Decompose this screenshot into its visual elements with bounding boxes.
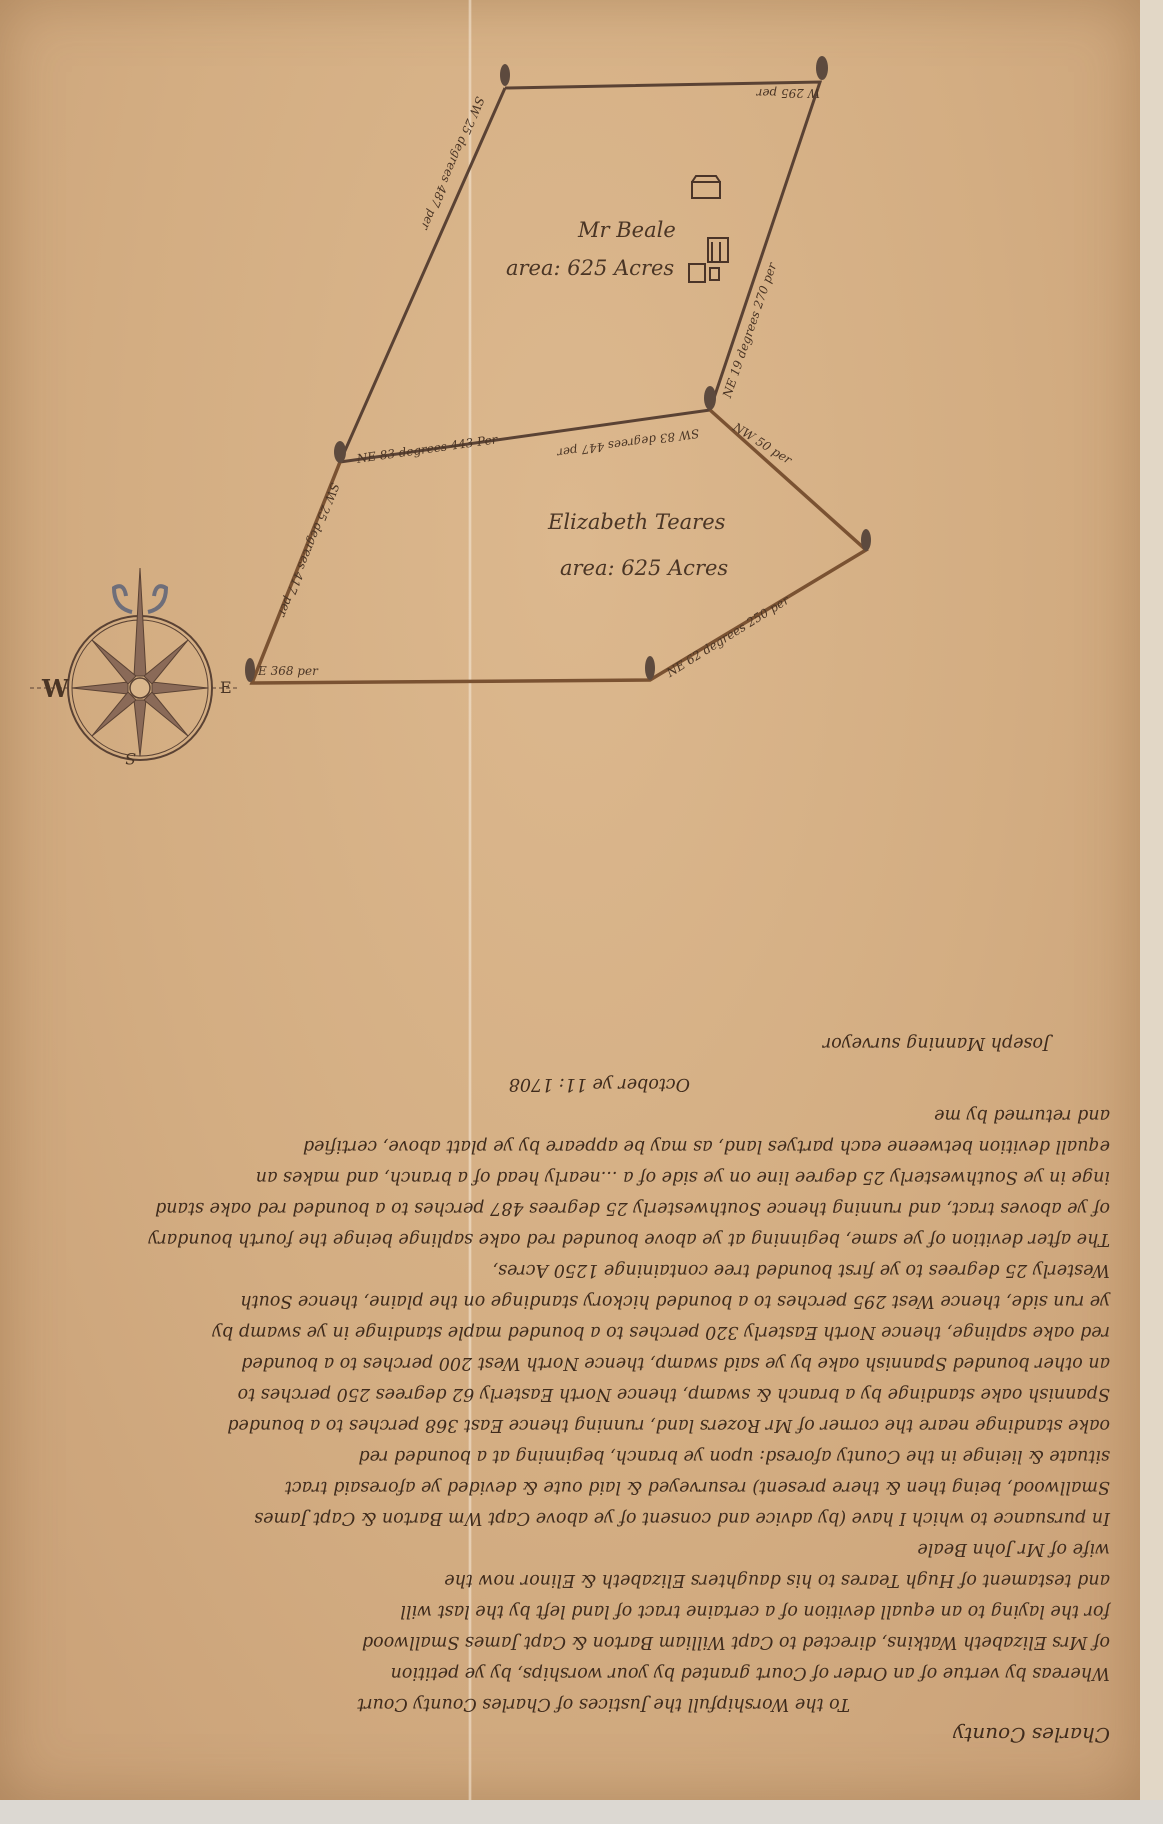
survey-document: W E S Mr Beale area: 625 Acres Elizabeth… xyxy=(0,0,1140,1800)
corner-tree-icons xyxy=(245,56,871,682)
body-line: Spannish oake standinge by a branch & sw… xyxy=(30,1378,1110,1409)
body-line: oake standinge neare the corner of Mr Ro… xyxy=(30,1409,1110,1440)
survey-certificate-text: Charles County To the Worshipfull the Ju… xyxy=(30,930,1110,1750)
body-line: Whereas by vertue of an Order of Court g… xyxy=(30,1657,1110,1688)
body-line: and returned by me xyxy=(30,1099,1110,1130)
body-line: ye run side, thence West 295 perches to … xyxy=(30,1285,1110,1316)
surveyor-signature: Joseph Manning surveyor xyxy=(30,1027,1050,1058)
body-line: an other bounded Spannish oake by ye sai… xyxy=(30,1347,1110,1378)
body-line: situate & lieinge in the County aforesd:… xyxy=(30,1440,1110,1471)
compass-rose-icon xyxy=(30,568,240,760)
body-line: and testament of Hugh Teares to his daug… xyxy=(30,1564,1110,1595)
beale-area-label: area: 625 Acres xyxy=(506,256,674,280)
body-line: Westerly 25 degrees to ye first bounded … xyxy=(30,1254,1110,1285)
beale-owner-label: Mr Beale xyxy=(578,218,676,242)
compass-east-label: E xyxy=(220,678,232,697)
body-line: The after devition of ye same, beginning… xyxy=(30,1223,1110,1254)
boundary-top-label: W 295 per xyxy=(757,86,820,100)
county-heading: Charles County xyxy=(30,1719,1110,1750)
compass-west-label: W xyxy=(42,674,69,703)
body-line: inge in ye Southwesterly 25 degree line … xyxy=(30,1161,1110,1192)
court-address: To the Worshipfull the Justices of Charl… xyxy=(30,1688,850,1719)
house-icons xyxy=(689,176,728,282)
body-line: wife of Mr John Beale xyxy=(30,1533,1110,1564)
compass-south-label: S xyxy=(125,749,136,768)
body-line: of Mrs Elizabeth Watkins, directed to Ca… xyxy=(30,1626,1110,1657)
body-line: In pursuance to which I have (by advice … xyxy=(30,1502,1110,1533)
teares-owner-label: Elizabeth Teares xyxy=(548,510,725,534)
body-line: equall devition betweene each partyes la… xyxy=(30,1130,1110,1161)
body-line: Smallwood, being then & there present) r… xyxy=(30,1471,1110,1502)
body-line: of ye aboves tract, and running thence S… xyxy=(30,1192,1110,1223)
scan-margin-bottom xyxy=(0,1800,1163,1824)
body-line: for the laying to an equall devition of … xyxy=(30,1595,1110,1626)
boundary-bottom-label: E 368 per xyxy=(258,664,318,678)
date-line: October ye 11: 1708 xyxy=(30,1068,690,1099)
body-line: red oake saplinge, thence North Easterly… xyxy=(30,1316,1110,1347)
teares-area-label: area: 625 Acres xyxy=(560,556,728,580)
scan-margin-right xyxy=(1140,0,1163,1824)
